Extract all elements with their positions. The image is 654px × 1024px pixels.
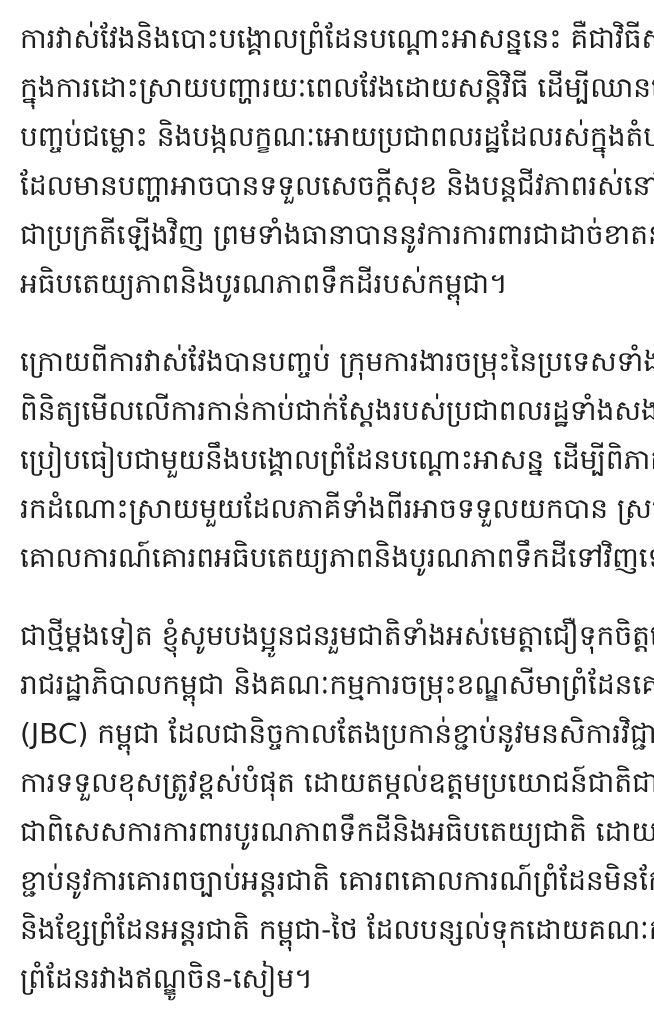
text-line: ក្នុងការដោះស្រាយបញ្ហារយៈពេលវែងដោយសន្តិវិ…: [20, 63, 640, 112]
text-line: និងខ្សែព្រំដែនអន្តរជាតិ កម្ពុជា-ថៃ ដែលបន…: [20, 905, 640, 954]
text-line: ប្រៀបធៀបជាមួយនឹងបង្គោលព្រំដែនបណ្ដោះអាសន្…: [20, 435, 640, 484]
paragraph: ជាថ្មីម្ដងទៀត ខ្ញុំសូមបងប្អូនជនរួមជាតិទា…: [20, 611, 640, 1003]
text-line: បញ្ចប់ជម្លោះ និងបង្កលក្ខណៈអោយប្រជាពលរដ្ឋ…: [20, 112, 640, 161]
text-line: រាជរដ្ឋាភិបាលកម្ពុជា និងគណៈកម្មការចម្រុះ…: [20, 660, 640, 709]
text-line: ការវាស់វែងនិងបោះបង្គោលព្រំដែនបណ្ដោះអាសន្…: [20, 14, 640, 63]
text-line: (JBC) កម្ពុជា ដែលជានិច្ចកាលតែងប្រកាន់ខ្ជ…: [20, 709, 640, 758]
text-line: ពិនិត្យមើលលើការកាន់កាប់ជាក់ស្ដែងរបស់ប្រជ…: [20, 386, 640, 435]
paragraph: ការវាស់វែងនិងបោះបង្គោលព្រំដែនបណ្ដោះអាសន្…: [20, 14, 640, 308]
text-line: ការទទួលខុសត្រូវខ្ពស់បំផុត ដោយតម្កល់ឧត្តម…: [20, 758, 640, 807]
text-line: ជាថ្មីម្ដងទៀត ខ្ញុំសូមបងប្អូនជនរួមជាតិទា…: [20, 611, 640, 660]
document-body: ការវាស់វែងនិងបោះបង្គោលព្រំដែនបណ្ដោះអាសន្…: [20, 14, 640, 1003]
text-line: អធិបតេយ្យភាពនិងបូរណភាពទឹកដីរបស់កម្ពុជា។: [20, 259, 640, 308]
paragraph: ក្រោយពីការវាស់វែងបានបញ្ចប់ ក្រុមការងារចម…: [20, 337, 640, 582]
text-line: ក្រោយពីការវាស់វែងបានបញ្ចប់ ក្រុមការងារចម…: [20, 337, 640, 386]
text-line: រកដំណោះស្រាយមួយដែលភាគីទាំងពីរអាចទទួលយកបា…: [20, 484, 640, 533]
text-line: ជាពិសេសការការពារបូរណភាពទឹកដីនិងអធិបតេយ្យ…: [20, 807, 640, 856]
text-line: ដែលមានបញ្ហាអាចបានទទួលសេចក្ដីសុខ និងបន្តជ…: [20, 161, 640, 210]
text-line: គោលការណ៍គោរពអធិបតេយ្យភាពនិងបូរណភាពទឹកដីទ…: [20, 533, 640, 582]
document-page: ការវាស់វែងនិងបោះបង្គោលព្រំដែនបណ្ដោះអាសន្…: [0, 0, 654, 1024]
text-line: ខ្ជាប់នូវការគោរពច្បាប់អន្តរជាតិ គោរពគោលក…: [20, 856, 640, 905]
text-line: ជាប្រក្រតីឡើងវិញ ព្រមទាំងធានាបាននូវការកា…: [20, 210, 640, 259]
text-line: ព្រំដែនរវាងឥណ្ឌូចិន-សៀម។: [20, 954, 640, 1003]
